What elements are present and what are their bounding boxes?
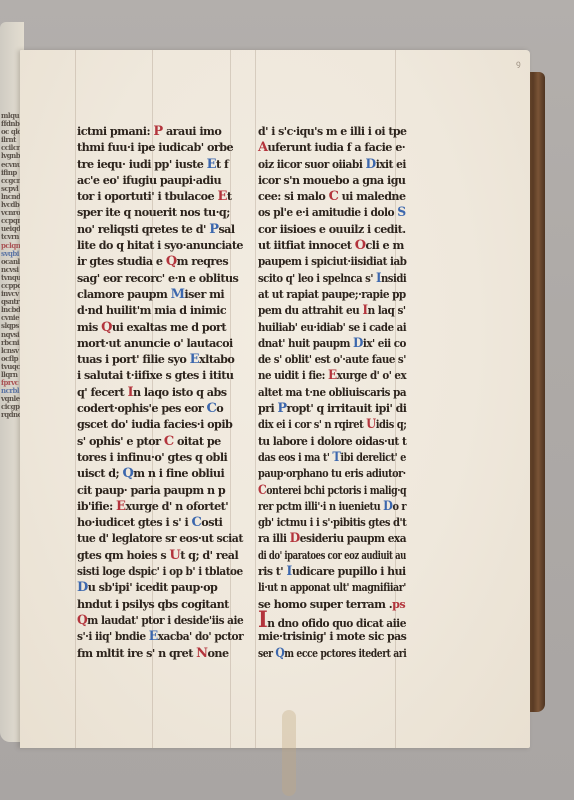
text-segment: ne uidit i fie: bbox=[258, 368, 328, 382]
red-initial: D bbox=[290, 531, 300, 546]
text-line: gb' ictmu i i s'·pibitis gtes d't bbox=[258, 514, 391, 530]
text-line: ra illi Desideriu paupm exa bbox=[258, 530, 398, 546]
text-segment: ir gtes studia e bbox=[77, 254, 166, 268]
text-segment: di do' iparatoes cor eoz audiuit au bbox=[258, 548, 406, 562]
text-line: at ut rapiat paupe;·rapie pp bbox=[258, 286, 397, 302]
red-initial: P bbox=[153, 124, 162, 139]
text-line: Du sb'ipi' icedit paup·op bbox=[77, 579, 243, 595]
text-line: oiz iicor suor oiiabi Dixit ei bbox=[258, 156, 398, 172]
blue-initial: D bbox=[77, 580, 88, 595]
text-line: sper ite q nouerit nos tu·q; bbox=[77, 204, 243, 220]
text-line: di do' iparatoes cor eoz audiuit au bbox=[258, 547, 370, 563]
text-line: fm mltit ire s' n qret None bbox=[77, 645, 243, 661]
text-segment: ac'e eo' ifugiu paupi·adiu bbox=[77, 173, 221, 187]
text-segment: at ut rapiat paupe;·rapie pp bbox=[258, 287, 406, 301]
red-initial: Q bbox=[166, 254, 177, 269]
text-segment: s'·i iiq' bndie bbox=[77, 629, 149, 643]
text-line: icor s'n mouebo a gna igu bbox=[258, 172, 405, 188]
text-segment: idis q; bbox=[376, 417, 407, 431]
red-initial: E bbox=[328, 368, 337, 383]
text-line: d·nd huilit'm mia d inimic bbox=[77, 302, 243, 318]
text-segment: t q; d' real bbox=[180, 548, 238, 562]
text-segment: udicare pupillo i hui bbox=[292, 564, 406, 578]
text-segment: altet ma t·ne obliuiscaris pa bbox=[258, 385, 406, 399]
text-line: cee: si malo C ui maledne bbox=[258, 188, 405, 204]
blue-initial: D bbox=[383, 499, 392, 514]
text-segment: tor i oportuti' i tbulacoe bbox=[77, 189, 217, 203]
red-initial: E bbox=[116, 499, 125, 514]
text-segment: ser bbox=[258, 646, 275, 660]
text-segment: mort·ut anuncie o' lautacoi bbox=[77, 336, 233, 350]
text-segment: sper ite q nouerit nos tu·q; bbox=[77, 205, 230, 219]
text-segment: oitat pe bbox=[174, 434, 221, 448]
text-segment: nsidi bbox=[381, 271, 406, 285]
text-segment: araui imo bbox=[163, 124, 222, 138]
blue-initial: C bbox=[206, 401, 216, 416]
text-segment: iser mi bbox=[184, 287, 224, 301]
folio-mark: ꝯ bbox=[516, 58, 521, 69]
blue-initial: Q bbox=[122, 466, 133, 481]
text-segment: de s' oblit' est o'·aute faue s' bbox=[258, 352, 406, 366]
blue-initial: S bbox=[397, 205, 405, 220]
text-line: dix ei i cor s' n rqiret Uidis q; bbox=[258, 416, 389, 432]
text-segment: o r bbox=[392, 499, 406, 513]
text-segment: m reqres bbox=[177, 254, 228, 268]
text-segment: onterei bchi pctoris i malig·q bbox=[266, 483, 406, 497]
red-initial: Q bbox=[77, 613, 87, 628]
blue-initial: M bbox=[171, 287, 185, 302]
text-line: s' ophis' e ptor C oitat pe bbox=[77, 433, 243, 449]
water-stain bbox=[282, 710, 296, 796]
text-line: gscet do' iudia facies·i opib bbox=[77, 416, 243, 432]
text-line: Qm laudat' ptor i deside'iis aie bbox=[77, 612, 234, 628]
blue-initial: C bbox=[192, 515, 202, 530]
red-initial: C bbox=[329, 189, 339, 204]
text-segment: tue d' leglatore sr eos·ut sciat bbox=[77, 531, 243, 545]
blue-initial: E bbox=[207, 157, 216, 172]
text-segment: gtes qm hoies s bbox=[77, 548, 169, 562]
text-line: s'·i iiq' bndie Exacba' do' pctor bbox=[77, 628, 235, 644]
text-segment: uisct d; bbox=[77, 466, 122, 480]
text-segment: pem du attrahit eu bbox=[258, 303, 362, 317]
book-binding bbox=[528, 72, 545, 712]
text-segment: o bbox=[216, 401, 223, 415]
text-segment: clamore paupm bbox=[77, 287, 171, 301]
text-segment: ho·iudicet gtes i s' i bbox=[77, 515, 192, 529]
text-segment: osti bbox=[201, 515, 222, 529]
text-line: cit paup· paria paupm n p bbox=[77, 482, 243, 498]
text-segment: se homo super terram . bbox=[258, 597, 392, 611]
text-segment: mie·trisinig' i mote sic pas bbox=[258, 629, 406, 643]
text-segment: tuas i port' filie syo bbox=[77, 352, 190, 366]
text-segment: sal bbox=[218, 222, 234, 236]
text-segment: codert·ophis'e pes eor bbox=[77, 401, 206, 415]
text-segment: d·nd huilit'm mia d inimic bbox=[77, 303, 226, 317]
text-segment: scito q' leo i spelnca s' bbox=[258, 271, 376, 285]
blue-initial: E bbox=[149, 629, 158, 644]
text-column-2: d' i s'c·iqu's m e illi i oi tpeAuferunt… bbox=[258, 123, 406, 661]
text-segment: huiliab' eu·idiab' se i cade ai bbox=[258, 320, 406, 334]
text-segment: ra illi bbox=[258, 531, 290, 545]
text-segment: fm mltit ire s' n qret bbox=[77, 646, 196, 660]
text-segment: oiz iicor suor oiiabi bbox=[258, 157, 366, 171]
text-segment: esideriu paupm exa bbox=[300, 531, 406, 545]
text-segment: gscet do' iudia facies·i opib bbox=[77, 417, 232, 431]
text-segment: d' i s'c·iqu's m e illi i oi tpe bbox=[258, 124, 406, 138]
text-line: scito q' leo i spelnca s' Insidi bbox=[258, 270, 391, 286]
text-segment: dix ei i cor s' n rqiret bbox=[258, 417, 366, 431]
text-line: i salutai t·iifixe s gtes i ititu bbox=[77, 367, 243, 383]
text-line: li·ut n apponat ult' magnifiiar' bbox=[258, 579, 385, 595]
text-segment: ui maledne bbox=[338, 189, 405, 203]
text-segment: q' fecert bbox=[77, 385, 127, 399]
text-segment: ui exaltas me d port bbox=[112, 320, 226, 334]
text-line: paupem i spiciut·iisidiat iab bbox=[258, 253, 396, 269]
ruling-line bbox=[75, 50, 76, 748]
text-line: dnat' huit paupm Dix' eii co bbox=[258, 335, 395, 351]
text-line: pri Propt' q irritauit ipi' di bbox=[258, 400, 404, 416]
text-segment: m laudat' ptor i deside'iis aie bbox=[87, 613, 243, 627]
red-initial: U bbox=[366, 417, 376, 432]
red-initial: N bbox=[196, 646, 207, 661]
text-line: tor i oportuti' i tbulacoe Et bbox=[77, 188, 243, 204]
text-line: mis Qui exaltas me d port bbox=[77, 319, 243, 335]
text-segment: xacba' do' pctor bbox=[158, 629, 243, 643]
text-column-1: ictmi pmani: P araui imothmi fuu·i ipe i… bbox=[77, 123, 243, 661]
blue-initial: T bbox=[332, 450, 340, 465]
text-line: tu labore i dolore oidas·ut t bbox=[258, 433, 398, 449]
text-segment: thmi fuu·i ipe iudicab' orbe bbox=[77, 140, 233, 154]
text-segment: mis bbox=[77, 320, 101, 334]
text-segment: tre iequ· iudi pp' iuste bbox=[77, 157, 207, 171]
text-segment: cor iisioes e ouuilz i cedit. bbox=[258, 222, 406, 236]
text-segment: ictmi pmani: bbox=[77, 124, 153, 138]
text-line: ut iitfiat innocet Ocli e m bbox=[258, 237, 406, 253]
text-segment: paupem i spiciut·iisidiat iab bbox=[258, 254, 406, 268]
text-line: uisct d; Qm n i fine obliui bbox=[77, 465, 243, 481]
text-line: tuas i port' filie syo Exltabo bbox=[77, 351, 243, 367]
text-segment: n laq s' bbox=[368, 303, 406, 317]
text-segment: ix' eii co bbox=[363, 336, 406, 350]
text-segment: s' ophis' e ptor bbox=[77, 434, 164, 448]
text-segment: ris t' bbox=[258, 564, 286, 578]
text-line: ne uidit i fie: Exurge d' o' ex bbox=[258, 367, 394, 383]
text-segment: ib'ifie: bbox=[77, 499, 116, 513]
ruling-line bbox=[255, 50, 256, 748]
text-segment: xurge d' o' ex bbox=[337, 368, 406, 382]
text-segment: pri bbox=[258, 401, 277, 415]
text-segment: n laqo isto q abs bbox=[133, 385, 227, 399]
red-initial: E bbox=[217, 189, 226, 204]
blue-initial: P bbox=[277, 401, 286, 416]
text-line: ir gtes studia e Qm reqres bbox=[77, 253, 243, 269]
text-segment: cee: si malo bbox=[258, 189, 329, 203]
text-segment: sag' eor recorc' e·n e oblitus bbox=[77, 271, 238, 285]
text-line: sag' eor recorc' e·n e oblitus bbox=[77, 270, 243, 286]
text-segment: ibi derelict' e bbox=[340, 450, 406, 464]
text-line: ac'e eo' ifugiu paupi·adiu bbox=[77, 172, 243, 188]
text-segment: ut iitfiat innocet bbox=[258, 238, 355, 252]
text-segment: tores i infinu·o' gtes q obli bbox=[77, 450, 227, 464]
text-segment: os pl'e e·i amitudie i dolo bbox=[258, 205, 397, 219]
text-line: ictmi pmani: P araui imo bbox=[77, 123, 243, 139]
rubric-text: ps bbox=[392, 597, 405, 611]
text-segment: cli e m bbox=[366, 238, 404, 252]
text-line: ho·iudicet gtes i s' i Costi bbox=[77, 514, 243, 530]
text-segment: rer pctm illi'·i n iuenietu bbox=[258, 499, 383, 513]
text-line: In dno ofido quo dicat aiie bbox=[258, 612, 398, 628]
red-initial: O bbox=[355, 238, 366, 253]
text-segment: uferunt iudia f a facie e· bbox=[268, 140, 406, 154]
red-initial: C bbox=[164, 434, 174, 449]
text-line: hndut i psilys qbs cogitant bbox=[77, 596, 243, 612]
text-line: mort·ut anuncie o' lautacoi bbox=[77, 335, 243, 351]
text-segment: xltabo bbox=[199, 352, 234, 366]
text-line: tores i infinu·o' gtes q obli bbox=[77, 449, 243, 465]
text-segment: m ecce pctores itedert ari bbox=[284, 646, 406, 660]
text-line: sisti loge dspic' i op b' i tblatoe bbox=[77, 563, 233, 579]
text-line: no' reliqsti qretes te d' Psal bbox=[77, 221, 243, 237]
text-segment: t f bbox=[216, 157, 228, 171]
text-line: altet ma t·ne obliuiscaris pa bbox=[258, 384, 395, 400]
text-line: ser Qm ecce pctores itedert ari bbox=[258, 645, 380, 661]
text-line: das eos i ma t' Tibi derelict' e bbox=[258, 449, 388, 465]
blue-initial: Q bbox=[275, 646, 284, 661]
text-line: thmi fuu·i ipe iudicab' orbe bbox=[77, 139, 243, 155]
text-segment: cit paup· paria paupm n p bbox=[77, 483, 225, 497]
blue-initial: E bbox=[190, 352, 199, 367]
text-segment: tu labore i dolore oidas·ut t bbox=[258, 434, 406, 448]
red-initial: A bbox=[258, 140, 268, 155]
text-segment: t bbox=[227, 189, 232, 203]
text-segment: dnat' huit paupm bbox=[258, 336, 353, 350]
text-line: d' i s'c·iqu's m e illi i oi tpe bbox=[258, 123, 403, 139]
text-line: os pl'e e·i amitudie i dolo S bbox=[258, 204, 398, 220]
text-line: codert·ophis'e pes eor Co bbox=[77, 400, 243, 416]
text-line: lite do q hitat i syo·anunciate bbox=[77, 237, 242, 253]
text-segment: u sb'ipi' icedit paup·op bbox=[88, 580, 218, 594]
manuscript-page: ꝯ ictmi pmani: P araui imothmi fuu·i ipe… bbox=[20, 50, 530, 748]
text-segment: das eos i ma t' bbox=[258, 450, 332, 464]
red-initial: Q bbox=[101, 320, 112, 335]
text-segment: lite do q hitat i syo·anunciate bbox=[77, 238, 243, 252]
text-line: ib'ifie: Exurge d' n ofortet' bbox=[77, 498, 243, 514]
text-segment: no' reliqsti qretes te d' bbox=[77, 222, 209, 236]
text-segment: one bbox=[208, 646, 229, 660]
blue-initial: D bbox=[353, 336, 363, 351]
text-line: paup·orphano tu eris adiutor· bbox=[258, 465, 387, 481]
text-segment: hndut i psilys qbs cogitant bbox=[77, 597, 229, 611]
text-line: Conterei bchi pctoris i malig·q bbox=[258, 482, 382, 498]
text-line: clamore paupm Miser mi bbox=[77, 286, 243, 302]
text-line: mie·trisinig' i mote sic pas bbox=[258, 628, 403, 644]
text-segment: i salutai t·iifixe s gtes i ititu bbox=[77, 368, 233, 382]
text-line: tre iequ· iudi pp' iuste Et f bbox=[77, 156, 243, 172]
text-line: Auferunt iudia f a facie e· bbox=[258, 139, 406, 155]
text-line: se homo super terram .ps bbox=[258, 596, 406, 612]
text-line: de s' oblit' est o'·aute faue s' bbox=[258, 351, 394, 367]
red-initial: C bbox=[258, 483, 266, 498]
red-initial: U bbox=[169, 548, 180, 563]
text-line: pem du attrahit eu In laq s' bbox=[258, 302, 397, 318]
text-line: q' fecert In laqo isto q abs bbox=[77, 384, 243, 400]
text-line: ris t' Iudicare pupillo i hui bbox=[258, 563, 403, 579]
text-segment: icor s'n mouebo a gna igu bbox=[258, 173, 405, 187]
text-line: cor iisioes e ouuilz i cedit. bbox=[258, 221, 405, 237]
text-line: gtes qm hoies s Ut q; d' real bbox=[77, 547, 243, 563]
text-segment: ropt' q irritauit ipi' di bbox=[287, 401, 407, 415]
text-line: huiliab' eu·idiab' se i cade ai bbox=[258, 319, 393, 335]
text-segment: paup·orphano tu eris adiutor· bbox=[258, 466, 406, 480]
text-segment: gb' ictmu i i s'·pibitis gtes d't bbox=[258, 515, 406, 529]
text-segment: ixit ei bbox=[376, 157, 406, 171]
text-segment: li·ut n apponat ult' magnifiiar' bbox=[258, 580, 406, 594]
text-segment: m n i fine obliui bbox=[133, 466, 224, 480]
text-line: rer pctm illi'·i n iuenietu Do r bbox=[258, 498, 387, 514]
text-segment: xurge d' n ofortet' bbox=[125, 499, 228, 513]
blue-initial: D bbox=[366, 157, 376, 172]
text-segment: sisti loge dspic' i op b' i tblatoe bbox=[77, 564, 243, 578]
text-line: tue d' leglatore sr eos·ut sciat bbox=[77, 530, 239, 546]
